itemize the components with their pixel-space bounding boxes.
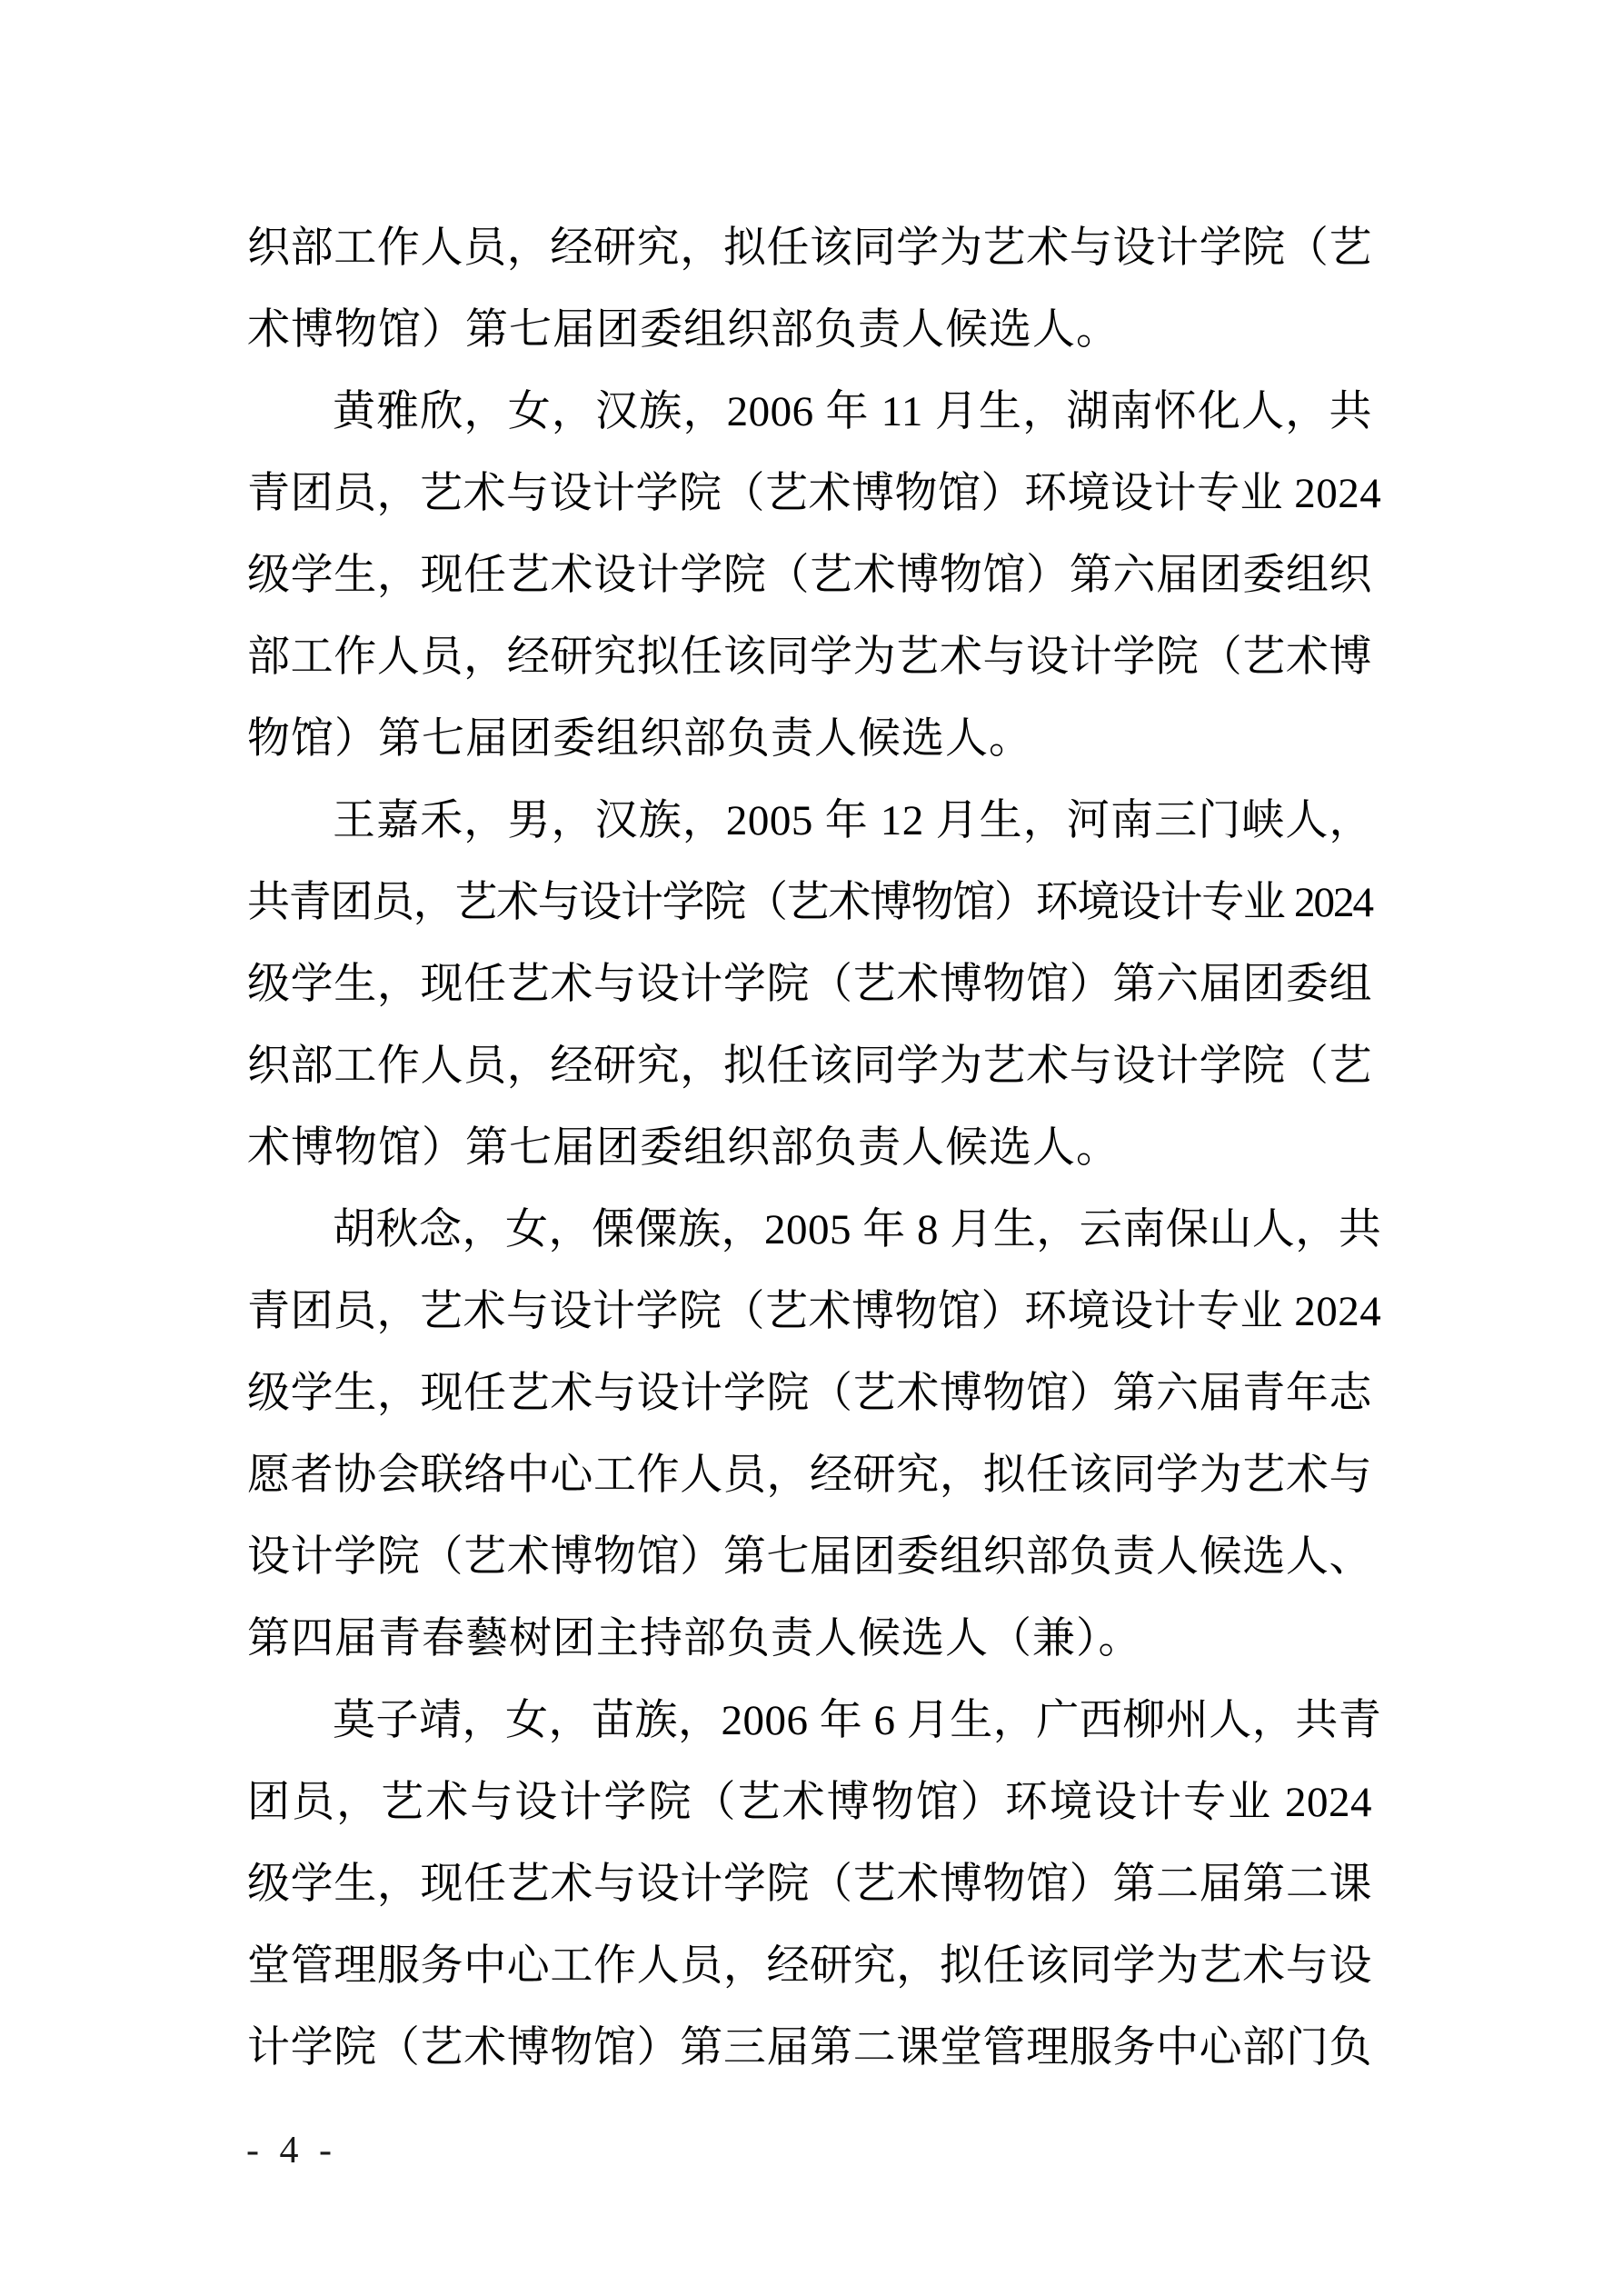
text-line: 物馆）第七届团委组织部负责人候选人。: [247, 698, 1372, 780]
document-page: 织部工作人员，经研究，拟任该同学为艺术与设计学院（艺 术博物馆）第七届团委组织部…: [0, 0, 1623, 2296]
text-line: 术博物馆）第七届团委组织部负责人候选人。: [247, 1107, 1372, 1189]
text-line: 青团员，艺术与设计学院（艺术博物馆）环境设计专业 2024: [247, 453, 1372, 534]
text-line: 青团员，艺术与设计学院（艺术博物馆）环境设计专业 2024: [247, 1271, 1372, 1353]
text-line: 黄雅欣，女，汉族，2006 年 11 月生，湖南怀化人，共: [247, 371, 1372, 453]
text-line: 织部工作人员，经研究，拟任该同学为艺术与设计学院（艺: [247, 1025, 1372, 1107]
text-line: 王嘉禾，男，汉族，2005 年 12 月生，河南三门峡人，: [247, 780, 1372, 862]
text-line: 级学生，现任艺术与设计学院（艺术博物馆）第二届第二课: [247, 1843, 1372, 1925]
text-line: 设计学院（艺术博物馆）第七届团委组织部负责人候选人、: [247, 1516, 1372, 1598]
text-line: 第四届青春藝树团主持部负责人候选人（兼）。: [247, 1598, 1372, 1680]
text-line: 愿者协会联络中心工作人员，经研究，拟任该同学为艺术与: [247, 1434, 1372, 1516]
text-line: 织部工作人员，经研究，拟任该同学为艺术与设计学院（艺: [247, 207, 1372, 289]
text-line: 级学生，现任艺术与设计学院（艺术博物馆）第六届团委组: [247, 943, 1372, 1025]
text-line: 级学生，现任艺术与设计学院（艺术博物馆）第六届青年志: [247, 1353, 1372, 1434]
text-line: 堂管理服务中心工作人员，经研究，拟任该同学为艺术与设: [247, 1925, 1372, 2007]
text-line: 级学生，现任艺术设计学院（艺术博物馆）第六届团委组织: [247, 534, 1372, 616]
page-number: - 4 -: [246, 2127, 337, 2174]
text-line: 术博物馆）第七届团委组织部负责人候选人。: [247, 289, 1372, 371]
text-line: 莫子靖，女，苗族，2006 年 6 月生，广西柳州人，共青: [247, 1680, 1372, 1762]
document-body: 织部工作人员，经研究，拟任该同学为艺术与设计学院（艺 术博物馆）第七届团委组织部…: [247, 207, 1372, 2089]
text-line: 团员，艺术与设计学院（艺术博物馆）环境设计专业 2024: [247, 1762, 1372, 1843]
text-line: 部工作人员，经研究拟任该同学为艺术与设计学院（艺术博: [247, 616, 1372, 698]
text-line: 胡秋念，女，傈僳族，2005 年 8 月生，云南保山人，共: [247, 1189, 1372, 1271]
text-line: 共青团员，艺术与设计学院（艺术博物馆）环境设计专业 2024: [247, 862, 1372, 943]
text-line: 计学院（艺术博物馆）第三届第二课堂管理服务中心部门负: [247, 2007, 1372, 2089]
